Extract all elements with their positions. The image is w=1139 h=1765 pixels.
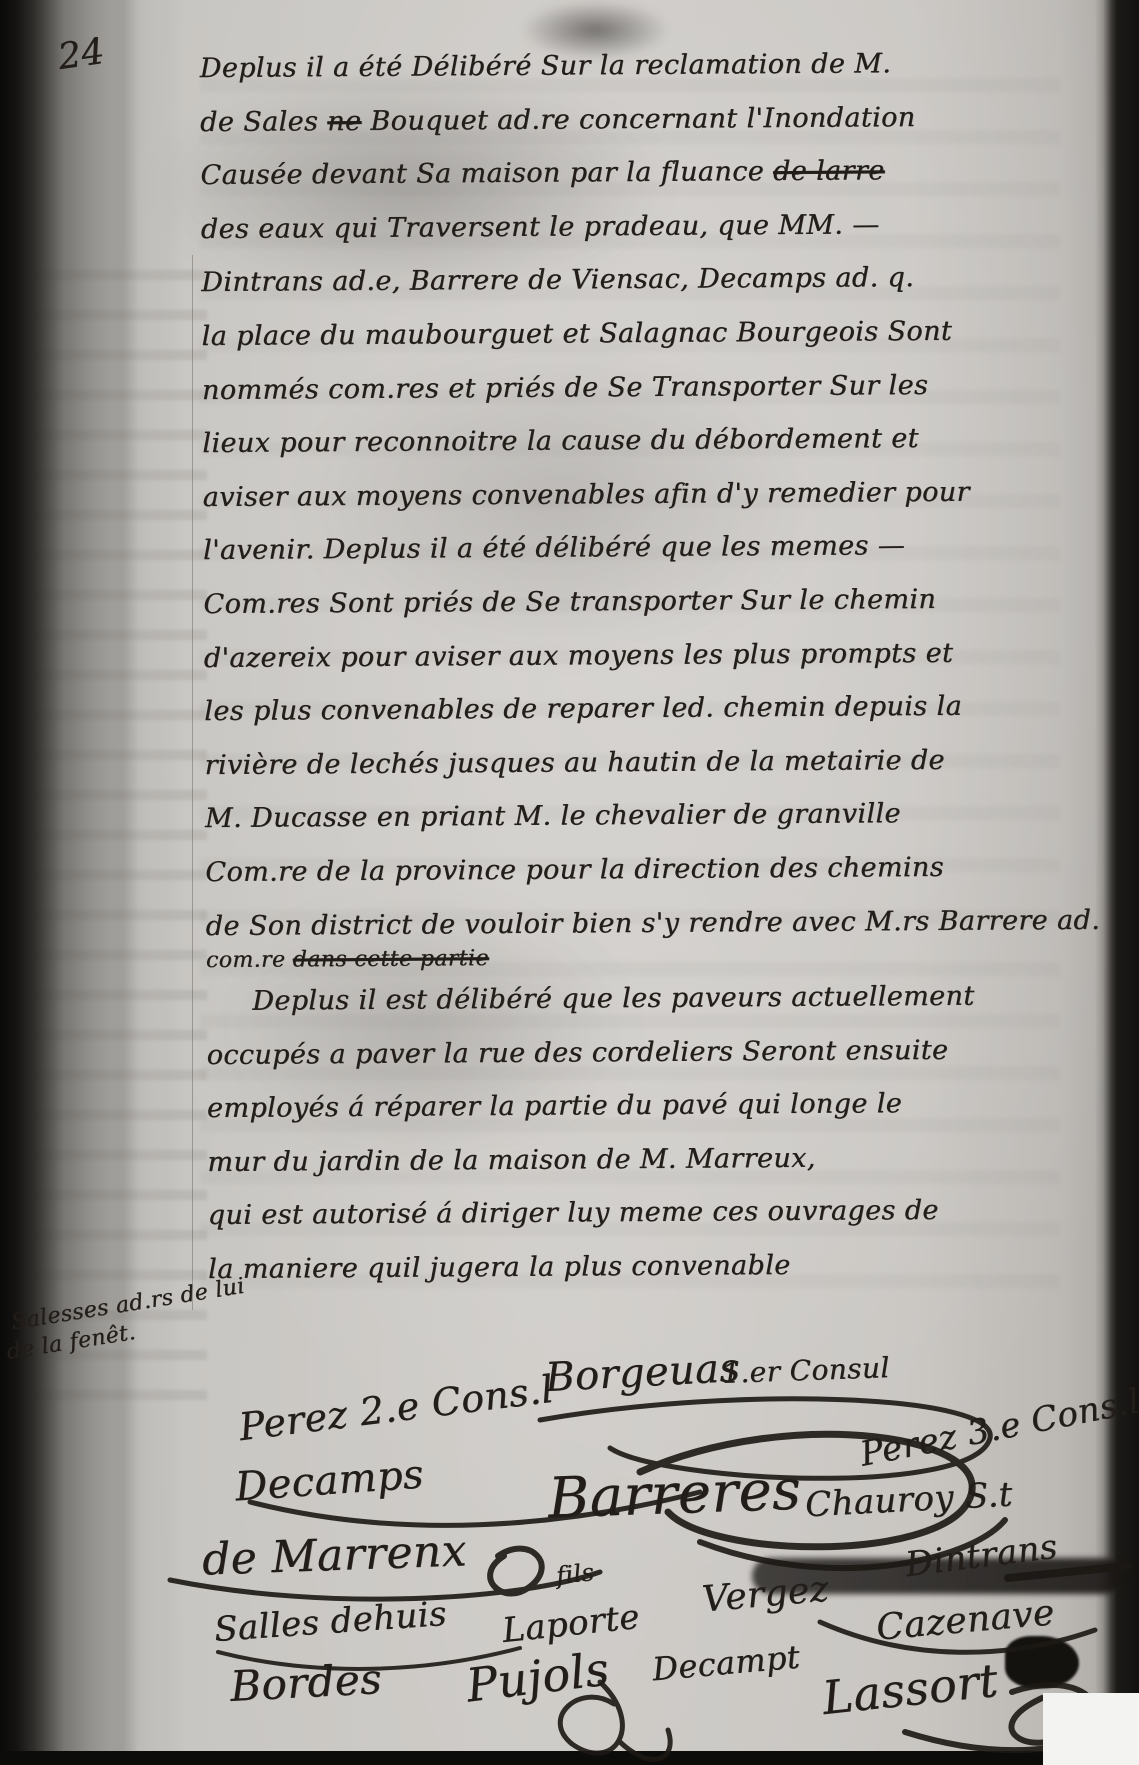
- flourish-stroke: [620, 1730, 670, 1759]
- manuscript-page-scan: 24 Deplus il a été Délibéré Sur la recla…: [0, 0, 1139, 1765]
- scanner-background-corner: [1043, 1693, 1139, 1765]
- signature: Bordes: [229, 1654, 383, 1711]
- signature: 1.er Consul: [721, 1351, 890, 1390]
- signature: fils: [555, 1558, 596, 1590]
- signature: Barreres: [547, 1458, 802, 1532]
- signature: de Marrenx: [201, 1525, 467, 1585]
- page-number: 24: [55, 31, 107, 78]
